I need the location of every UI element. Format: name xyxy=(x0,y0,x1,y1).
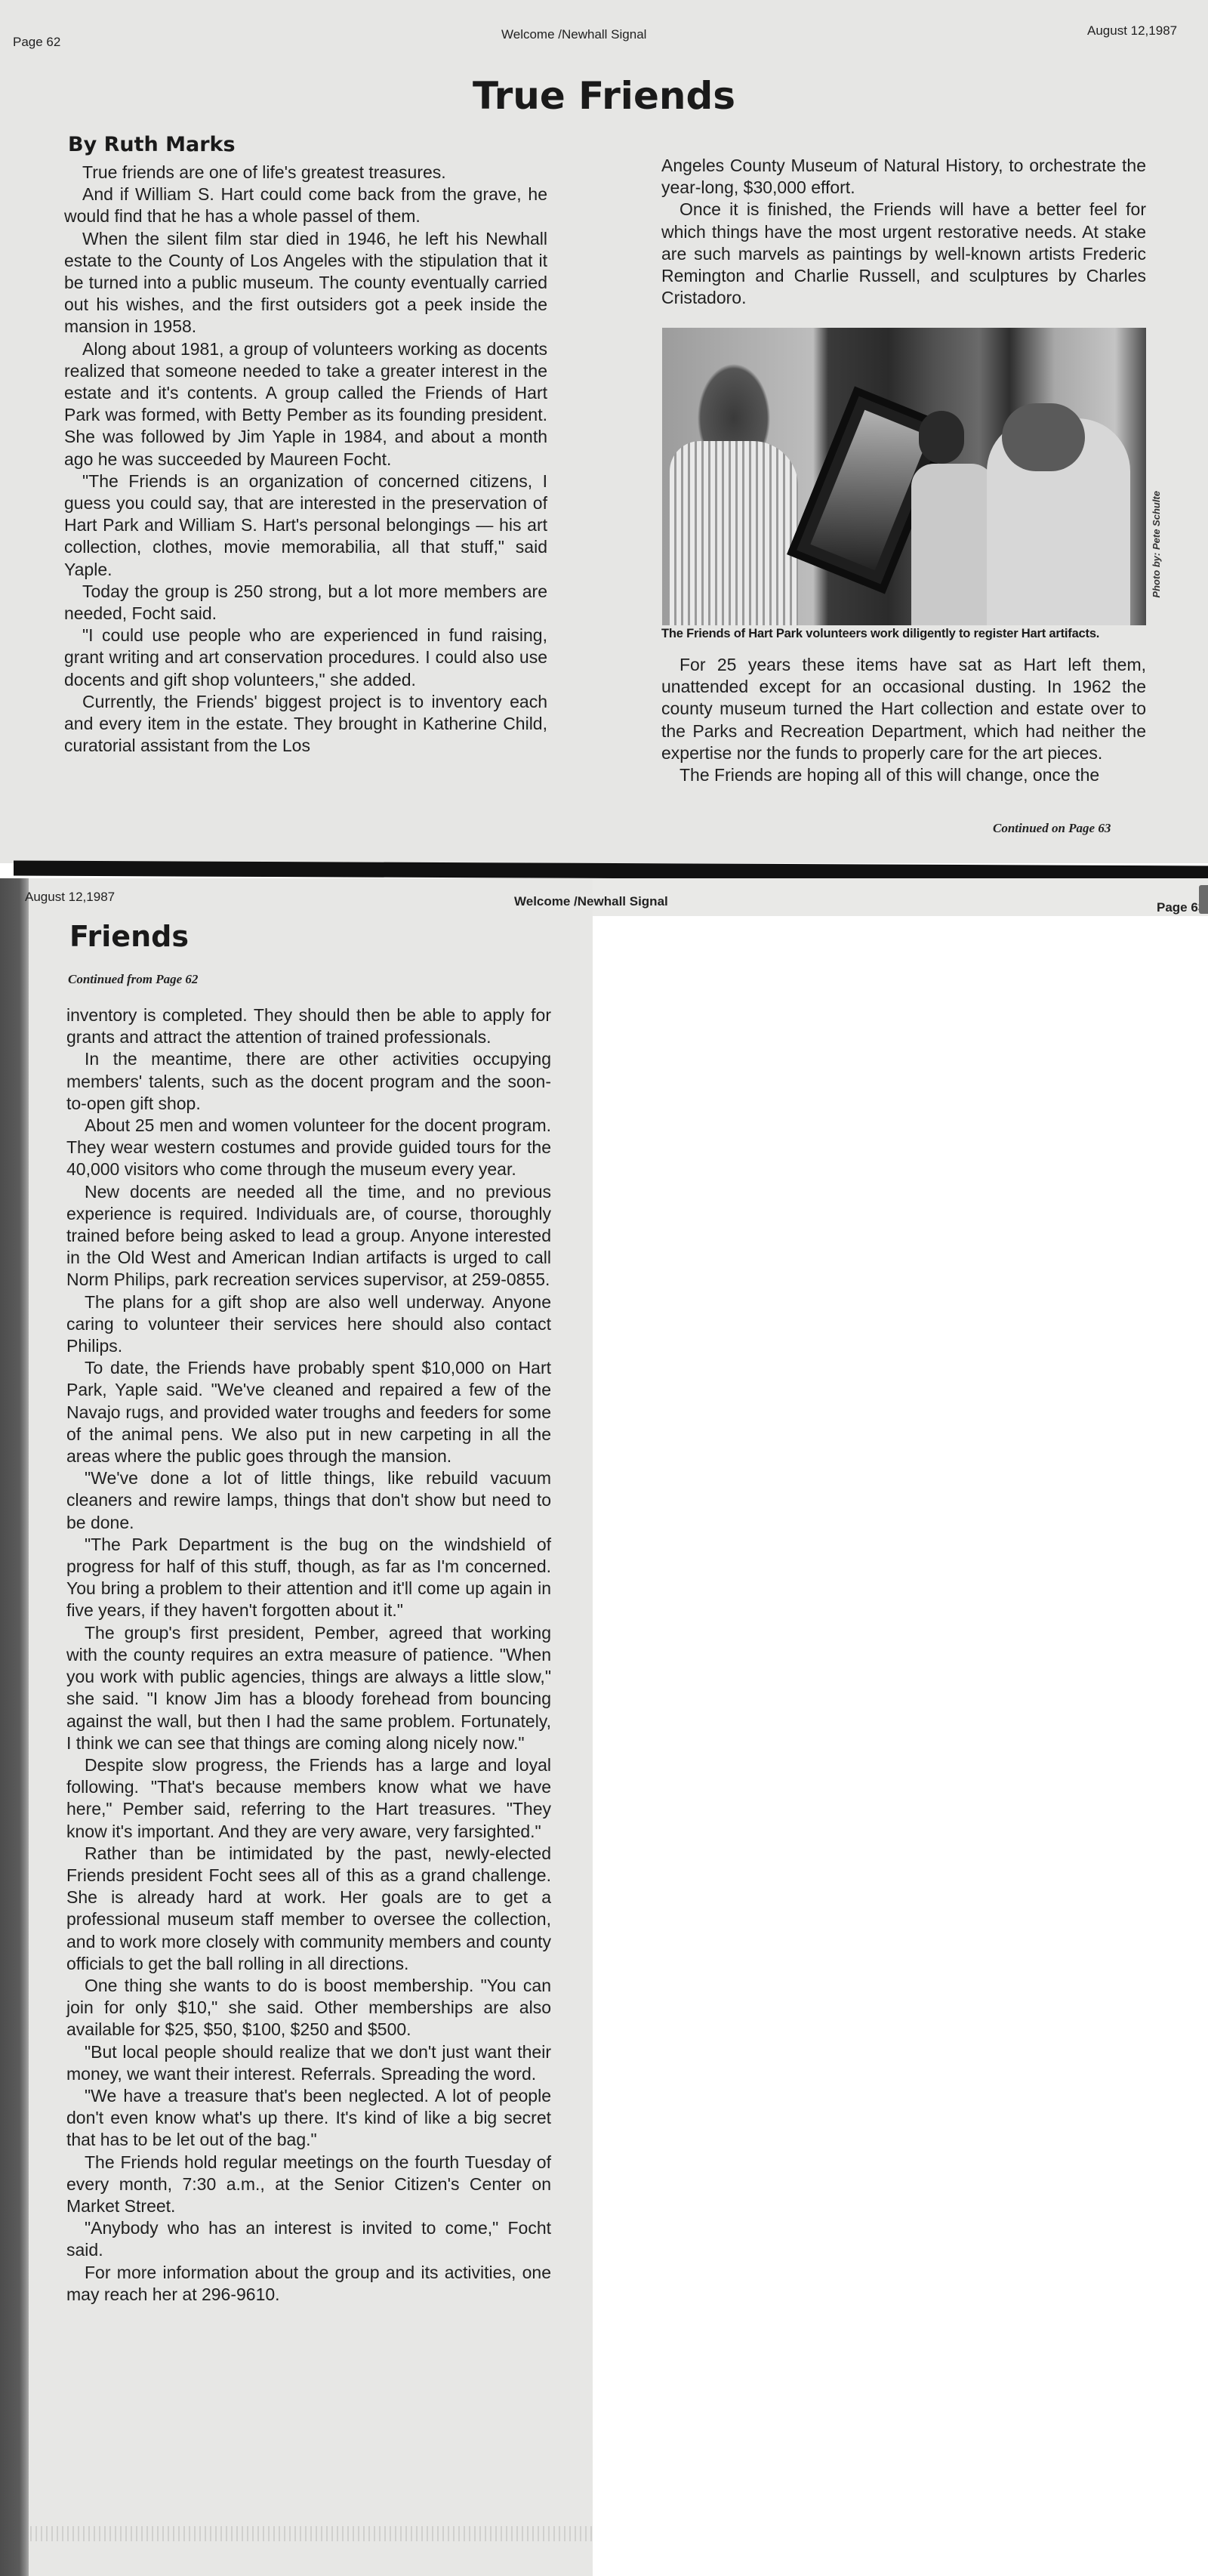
paragraph: The plans for a gift shop are also well … xyxy=(66,1291,551,1358)
paragraph: One thing she wants to do is boost membe… xyxy=(66,1975,551,2041)
page-number: Page 63 xyxy=(1157,900,1199,915)
paragraph: Today the group is 250 strong, but a lot… xyxy=(64,581,547,625)
scan-noise-strip xyxy=(30,2526,593,2541)
paragraph: For more information about the group and… xyxy=(66,2262,551,2306)
publication-name: Welcome /Newhall Signal xyxy=(514,894,668,909)
photo-credit: Photo by: Pete Schulte xyxy=(1151,491,1166,598)
article-column-right-lower: For 25 years these items have sat as Har… xyxy=(661,654,1146,786)
paragraph: Angeles County Museum of Natural History… xyxy=(661,155,1146,199)
paragraph: "The Friends is an organization of conce… xyxy=(64,470,547,581)
paragraph: "I could use people who are experienced … xyxy=(64,625,547,691)
paragraph: Despite slow progress, the Friends has a… xyxy=(66,1754,551,1843)
paragraph: For 25 years these items have sat as Har… xyxy=(661,654,1146,764)
article-column-right-upper: Angeles County Museum of Natural History… xyxy=(661,155,1146,309)
photo-caption: The Friends of Hart Park volunteers work… xyxy=(661,627,1099,641)
paragraph: About 25 men and women volunteer for the… xyxy=(66,1115,551,1181)
issue-date: August 12,1987 xyxy=(25,890,115,905)
scan-spine-shadow xyxy=(0,878,29,2576)
paragraph: When the silent film star died in 1946, … xyxy=(64,228,547,338)
publication-name: Welcome /Newhall Signal xyxy=(501,27,646,42)
article-column-continued: inventory is completed. They should then… xyxy=(66,1004,551,2306)
paragraph: "We've done a lot of little things, like… xyxy=(66,1467,551,1534)
paragraph: The Friends are hoping all of this will … xyxy=(661,764,1146,786)
page-edge-tab xyxy=(1199,885,1208,914)
paragraph: "But local people should realize that we… xyxy=(66,2041,551,2085)
jump-line-continued-on: Continued on Page 63 xyxy=(993,821,1111,836)
paragraph: And if William S. Hart could come back f… xyxy=(64,184,547,227)
headline: True Friends xyxy=(0,74,1208,118)
issue-date: August 12,1987 xyxy=(1087,23,1177,39)
photo-head-middle xyxy=(919,411,964,464)
paragraph: New docents are needed all the time, and… xyxy=(66,1181,551,1291)
paragraph: Along about 1981, a group of volunteers … xyxy=(64,338,547,470)
paragraph: The group's first president, Pember, agr… xyxy=(66,1622,551,1754)
paragraph: Currently, the Friends' biggest project … xyxy=(64,691,547,757)
divider-gap xyxy=(0,863,14,878)
photo-figure-left xyxy=(670,441,798,625)
paragraph: In the meantime, there are other activit… xyxy=(66,1048,551,1115)
photo-head-right xyxy=(1002,403,1085,471)
paragraph: "Anybody who has an interest is invited … xyxy=(66,2217,551,2261)
page-number: Page 62 xyxy=(13,35,60,50)
paragraph: Rather than be intimidated by the past, … xyxy=(66,1843,551,1975)
article-photo xyxy=(662,328,1146,625)
paragraph: The Friends hold regular meetings on the… xyxy=(66,2152,551,2218)
paragraph: Once it is finished, the Friends will ha… xyxy=(661,199,1146,309)
paragraph: True friends are one of life's greatest … xyxy=(64,162,547,184)
photo-figure-middle xyxy=(911,464,994,625)
paragraph: inventory is completed. They should then… xyxy=(66,1004,551,1048)
paragraph: To date, the Friends have probably spent… xyxy=(66,1357,551,1467)
continuation-headline: Friends xyxy=(69,920,189,953)
article-column-left: True friends are one of life's greatest … xyxy=(64,162,547,757)
byline: By Ruth Marks xyxy=(68,133,236,156)
jump-line-continued-from: Continued from Page 62 xyxy=(68,972,198,987)
paragraph: "The Park Department is the bug on the w… xyxy=(66,1534,551,1622)
paragraph: "We have a treasure that's been neglecte… xyxy=(66,2085,551,2152)
